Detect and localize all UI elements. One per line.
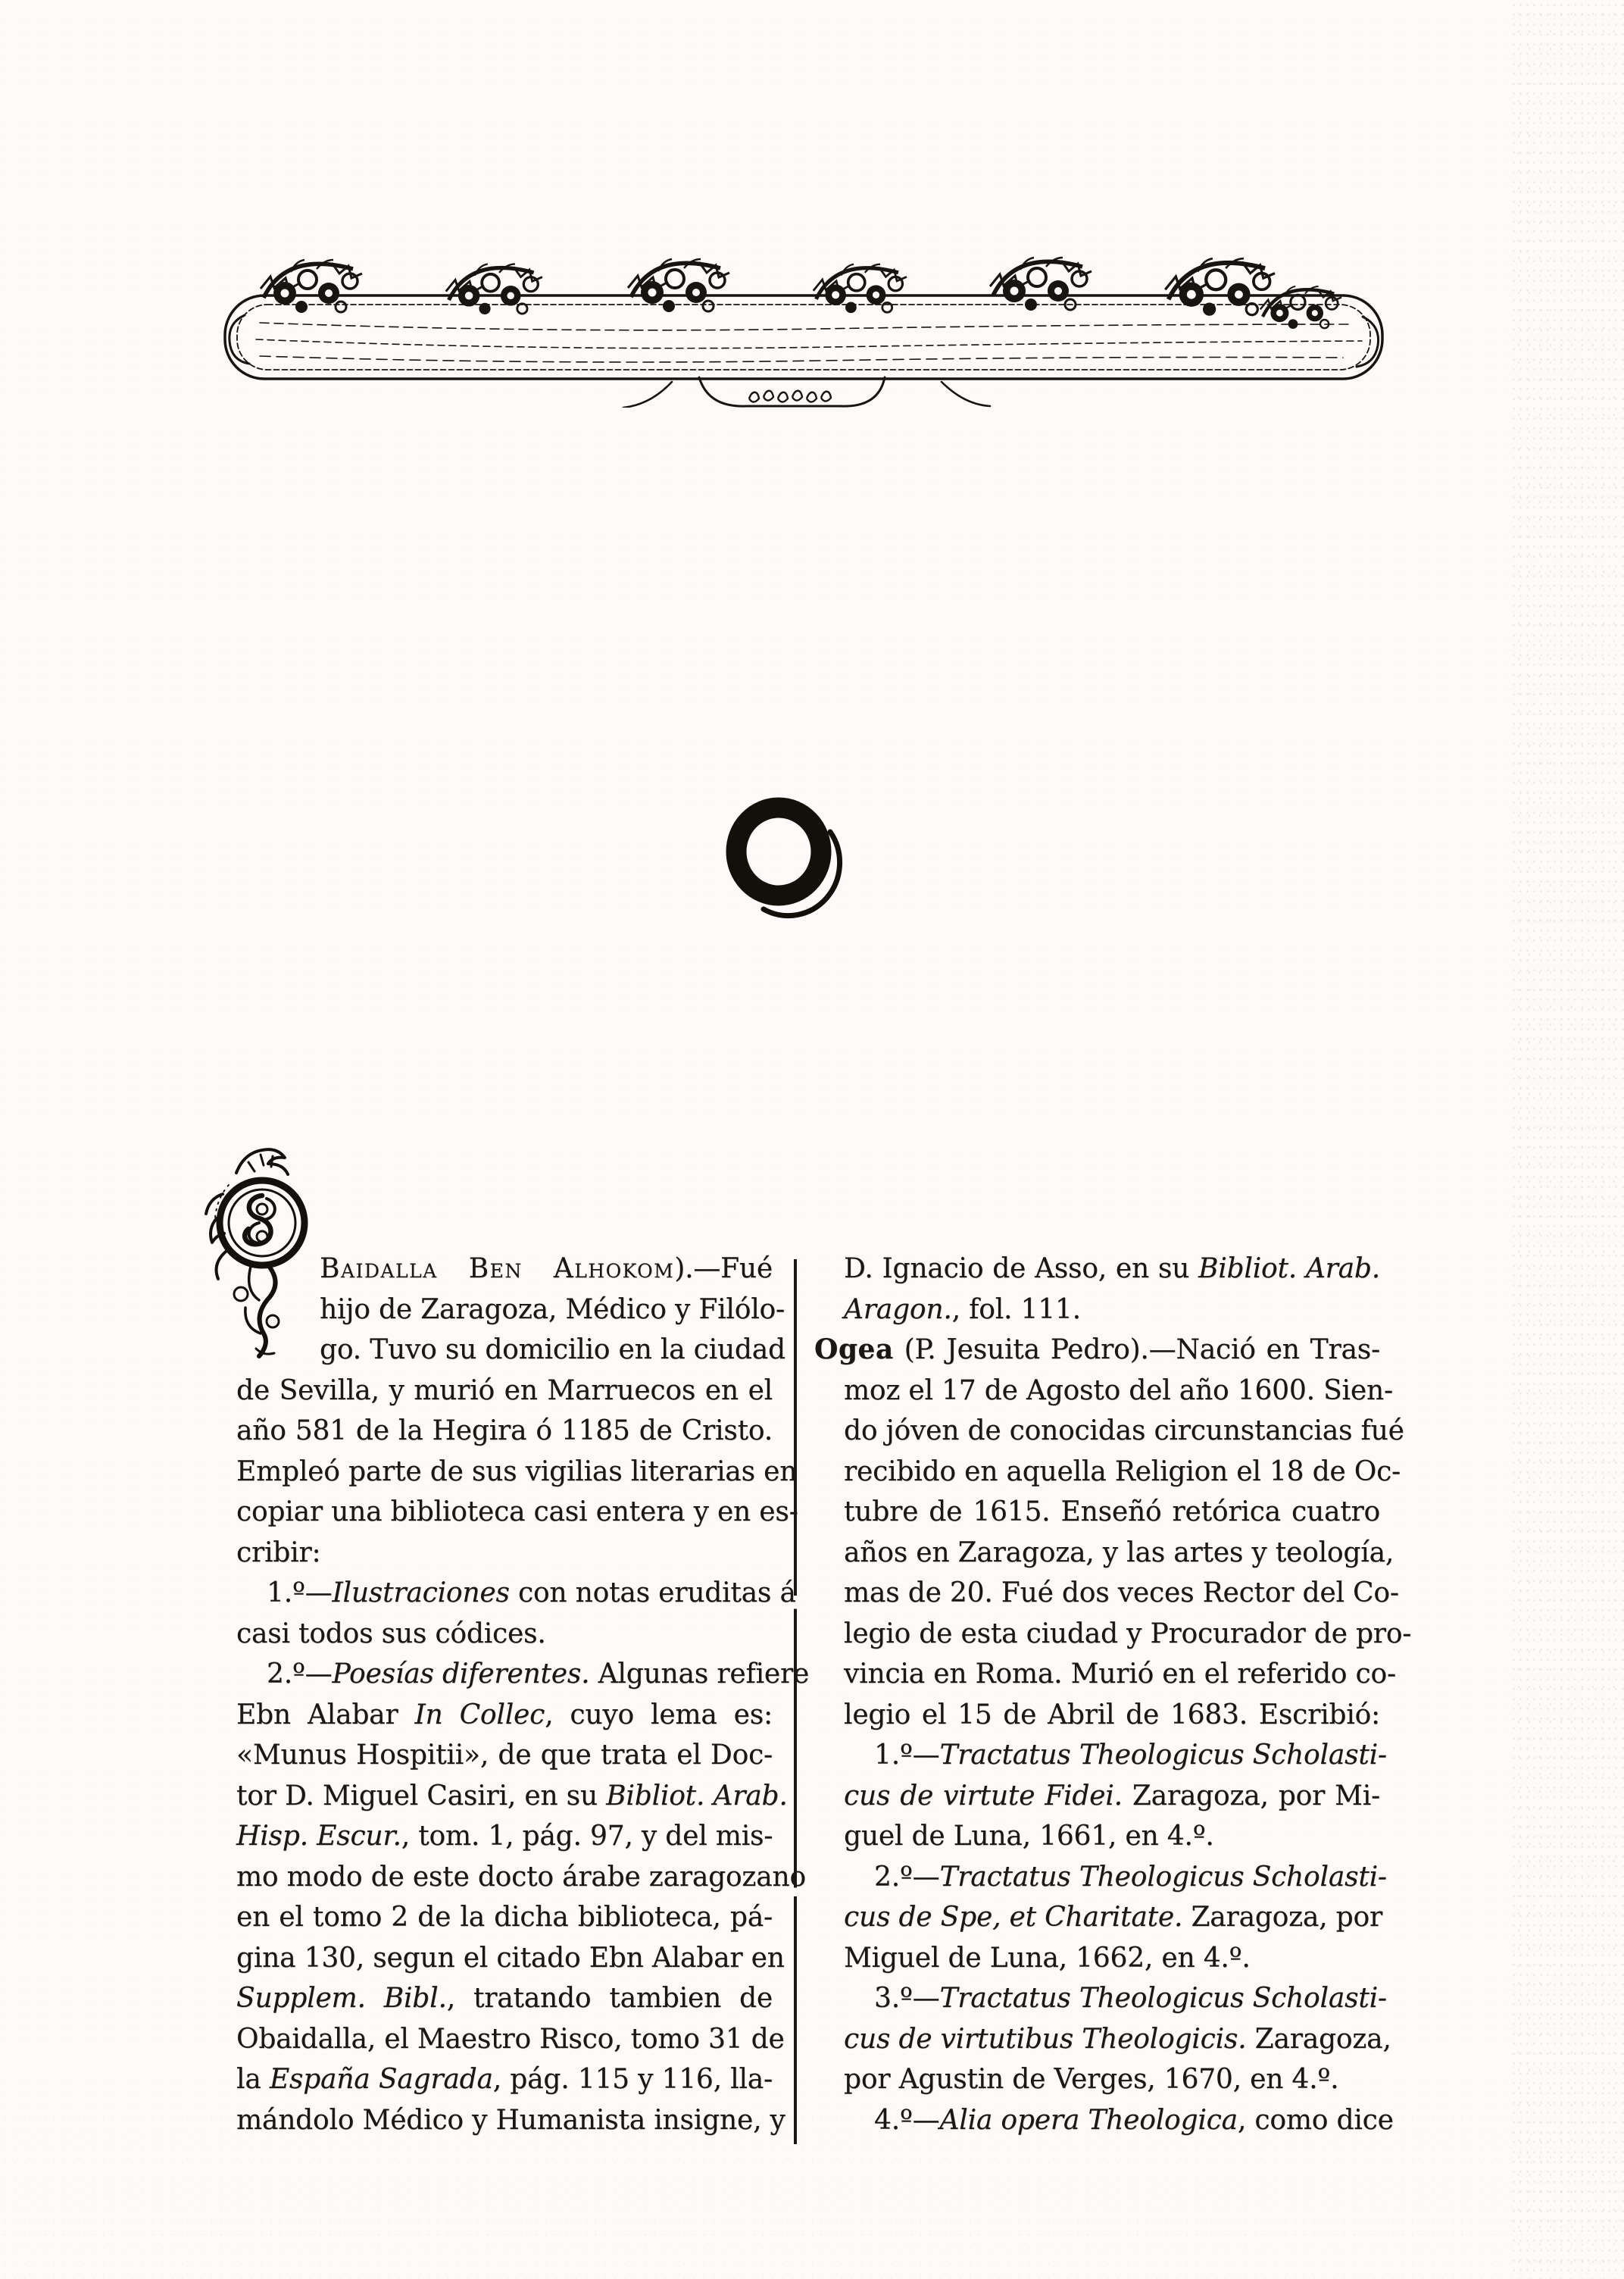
text-segment: tubre de 1615. Enseñó retórica cuatro — [844, 1496, 1380, 1527]
text-segment: Empleó parte de sus vigilias literarias … — [236, 1456, 797, 1487]
text-line: legio de esta ciudad y Procurador de pro… — [844, 1614, 1380, 1655]
text-segment: Zaragoza, — [1246, 2024, 1391, 2055]
text-line: vincia en Roma. Murió en el referido co- — [844, 1654, 1380, 1695]
text-segment: Hisp. Escur. — [236, 1821, 401, 1852]
text-line: tor D. Miguel Casiri, en su Bibliot. Ara… — [236, 1776, 773, 1817]
text-segment: mas de 20. Fué dos veces Rector del Co- — [844, 1577, 1399, 1608]
text-segment: años en Zaragoza, y las artes y teología… — [844, 1537, 1394, 1568]
floral-garland-headpiece-icon — [214, 226, 1400, 408]
text-segment: go. Tuvo su domicilio en la ciudad — [320, 1334, 785, 1365]
text-segment: cus de Spe, et Charitate. — [844, 1902, 1182, 1933]
text-line: en el tomo 2 de la dicha biblioteca, pá- — [236, 1897, 773, 1938]
text-segment: tor D. Miguel Casiri, en su — [236, 1780, 606, 1812]
section-letter-O: O — [724, 796, 845, 924]
text-segment: 1.º— — [267, 1577, 332, 1608]
text-line: de Sevilla, y murió en Marruecos en el — [236, 1371, 773, 1411]
text-segment: Poesías diferentes. — [332, 1658, 589, 1690]
text-segment: año 581 de la Hegira ó 1185 de Cristo. — [236, 1415, 773, 1446]
text-line: recibido en aquella Religion el 18 de Oc… — [844, 1452, 1380, 1493]
text-segment: moz el 17 de Agosto del año 1600. Sien- — [844, 1375, 1393, 1406]
text-segment: en el tomo 2 de la dicha biblioteca, pá- — [236, 1902, 773, 1933]
text-line: Aragon., fol. 111. — [844, 1290, 1380, 1330]
text-segment: , cuyo lema es: — [545, 1699, 773, 1730]
text-segment: Supplem. Bibl. — [236, 1983, 447, 2014]
text-line: Empleó parte de sus vigilias literarias … — [236, 1452, 773, 1493]
text-line: la España Sagrada, pág. 115 y 116, lla- — [236, 2059, 773, 2100]
text-segment: , pág. 115 y 116, lla- — [493, 2064, 773, 2095]
text-segment: Miguel de Luna, 1662, en 4.º. — [844, 1943, 1251, 1974]
text-segment: cus de virtutibus Theologicis. — [844, 2024, 1246, 2055]
text-line: 1.º—Tractatus Theologicus Scholasti- — [844, 1735, 1380, 1776]
scanned-page: O O — [0, 0, 1624, 2279]
text-segment: 2.º— — [874, 1862, 939, 1893]
text-segment: 4.º— — [874, 2105, 939, 2136]
text-segment: , tratando tambien de — [447, 1983, 773, 2014]
text-segment: mo modo de este docto árabe zaragozano — [236, 1862, 806, 1893]
text-segment: con notas eruditas á — [510, 1577, 796, 1608]
text-segment: Algunas refiere — [589, 1658, 809, 1690]
text-line: cus de Spe, et Charitate. Zaragoza, por — [844, 1897, 1380, 1938]
text-segment: mándolo Médico y Humanista insigne, y — [236, 2105, 785, 2136]
text-line: años en Zaragoza, y las artes y teología… — [844, 1533, 1380, 1574]
text-segment: casi todos sus códices. — [236, 1618, 546, 1649]
text-line: gina 130, segun el citado Ebn Alabar en — [236, 1938, 773, 1979]
text-line: Supplem. Bibl., tratando tambien de — [236, 1978, 773, 2019]
text-segment: Ogea — [814, 1333, 894, 1365]
text-segment: Alia opera Theologica — [939, 2105, 1237, 2136]
text-line: cus de virtute Fidei. Zaragoza, por Mi- — [844, 1776, 1380, 1817]
text-line: casi todos sus códices. — [236, 1614, 773, 1655]
text-line: 2.º—Tractatus Theologicus Scholasti- — [844, 1857, 1380, 1898]
text-segment: guel de Luna, 1661, en 4.º. — [844, 1821, 1214, 1852]
text-segment: vincia en Roma. Murió en el referido co- — [844, 1658, 1396, 1690]
column-divider-rule — [794, 1259, 797, 2144]
text-segment: In Collec — [415, 1699, 545, 1730]
text-segment: cribir: — [236, 1537, 320, 1568]
text-segment: hijo de Zaragoza, Médico y Filólo- — [320, 1294, 785, 1325]
text-segment: gina 130, segun el citado Ebn Alabar en — [236, 1943, 785, 1974]
text-line: Ogea (P. Jesuita Pedro).—Nació en Tras- — [814, 1330, 1380, 1371]
text-segment: copiar una biblioteca casi entera y en e… — [236, 1496, 798, 1527]
text-line: do jóven de conocidas circunstancias fué — [844, 1411, 1380, 1452]
text-line: legio el 15 de Abril de 1683. Escribió: — [844, 1695, 1380, 1736]
text-line: go. Tuvo su domicilio en la ciudad — [236, 1330, 773, 1371]
text-segment: Tractatus Theologicus Scholasti- — [939, 1862, 1386, 1893]
text-line: Hisp. Escur., tom. 1, pág. 97, y del mis… — [236, 1816, 773, 1857]
text-segment: 3.º— — [874, 1983, 939, 2014]
text-line: por Agustin de Verges, 1670, en 4.º. — [844, 2059, 1380, 2100]
text-line: Obaidalla, el Maestro Risco, tomo 31 de — [236, 2019, 773, 2060]
text-segment: , como dice — [1238, 2105, 1394, 2136]
text-line: moz el 17 de Agosto del año 1600. Sien- — [844, 1371, 1380, 1411]
text-column-right: D. Ignacio de Asso, en su Bibliot. Arab.… — [844, 1249, 1380, 2140]
text-segment: 1.º— — [874, 1740, 939, 1771]
text-segment: do jóven de conocidas circunstancias fué — [844, 1415, 1404, 1446]
text-line: guel de Luna, 1661, en 4.º. — [844, 1816, 1380, 1857]
text-segment: cus de virtute Fidei. — [844, 1780, 1123, 1812]
text-line: copiar una biblioteca casi entera y en e… — [236, 1492, 773, 1533]
text-segment: «Munus Hospitii», de que trata el Doc- — [236, 1740, 773, 1771]
text-line: 4.º—Alia opera Theologica, como dice — [844, 2100, 1380, 2141]
text-segment: 2.º— — [267, 1658, 332, 1690]
text-line: Baidalla Ben Alhokom).—Fué — [236, 1249, 773, 1290]
text-segment: legio de esta ciudad y Procurador de pro… — [844, 1618, 1411, 1649]
text-line: hijo de Zaragoza, Médico y Filólo- — [236, 1290, 773, 1330]
text-column-left: Baidalla Ben Alhokom).—Fuéhijo de Zarago… — [236, 1249, 773, 2140]
text-line: cus de virtutibus Theologicis. Zaragoza, — [844, 2019, 1380, 2060]
text-segment: Tractatus Theologicus Scholasti- — [939, 1983, 1386, 2014]
text-segment: , fol. 111. — [952, 1294, 1081, 1325]
scan-noise-right-edge — [1510, 0, 1624, 2279]
text-segment: Bibliot. Arab. — [606, 1780, 787, 1812]
text-segment: España Sagrada — [270, 2064, 493, 2095]
text-segment: Zaragoza, por Mi- — [1123, 1780, 1380, 1812]
text-segment: Aragon. — [844, 1294, 952, 1325]
text-line: 3.º—Tractatus Theologicus Scholasti- — [844, 1978, 1380, 2019]
text-line: 1.º—Ilustraciones con notas eruditas á — [236, 1573, 773, 1614]
text-segment: ).—Fué — [674, 1253, 773, 1284]
text-segment: Ilustraciones — [332, 1577, 509, 1608]
text-line: mas de 20. Fué dos veces Rector del Co- — [844, 1573, 1380, 1614]
text-line: cribir: — [236, 1533, 773, 1574]
text-line: año 581 de la Hegira ó 1185 de Cristo. — [236, 1411, 773, 1452]
text-segment: de Sevilla, y murió en Marruecos en el — [236, 1375, 773, 1406]
text-segment: (P. Jesuita Pedro).—Nació en Tras- — [894, 1334, 1380, 1365]
text-line: Ebn Alabar In Collec, cuyo lema es: — [236, 1695, 773, 1736]
text-line: 2.º—Poesías diferentes. Algunas refiere — [236, 1654, 773, 1695]
text-segment: Bibliot. Arab. — [1198, 1253, 1380, 1284]
text-segment: Zaragoza, por — [1182, 1902, 1382, 1933]
text-line: D. Ignacio de Asso, en su Bibliot. Arab. — [844, 1249, 1380, 1290]
text-segment: la — [236, 2064, 270, 2095]
text-segment: Tractatus Theologicus Scholasti- — [939, 1740, 1386, 1771]
text-segment: Ebn Alabar — [236, 1699, 415, 1730]
text-segment: D. Ignacio de Asso, en su — [844, 1253, 1198, 1284]
text-line: Miguel de Luna, 1662, en 4.º. — [844, 1938, 1380, 1979]
text-line: mo modo de este docto árabe zaragozano — [236, 1857, 773, 1898]
text-line: tubre de 1615. Enseñó retórica cuatro — [844, 1492, 1380, 1533]
text-segment: , tom. 1, pág. 97, y del mis- — [401, 1821, 773, 1852]
text-segment: Obaidalla, el Maestro Risco, tomo 31 de — [236, 2024, 785, 2055]
text-segment: Baidalla Ben Alhokom — [320, 1253, 674, 1284]
text-segment: legio el 15 de Abril de 1683. Escribió: — [844, 1699, 1380, 1730]
text-line: mándolo Médico y Humanista insigne, y — [236, 2100, 773, 2141]
text-line: «Munus Hospitii», de que trata el Doc- — [236, 1735, 773, 1776]
text-segment: recibido en aquella Religion el 18 de Oc… — [844, 1456, 1401, 1487]
text-segment: por Agustin de Verges, 1670, en 4.º. — [844, 2064, 1338, 2095]
